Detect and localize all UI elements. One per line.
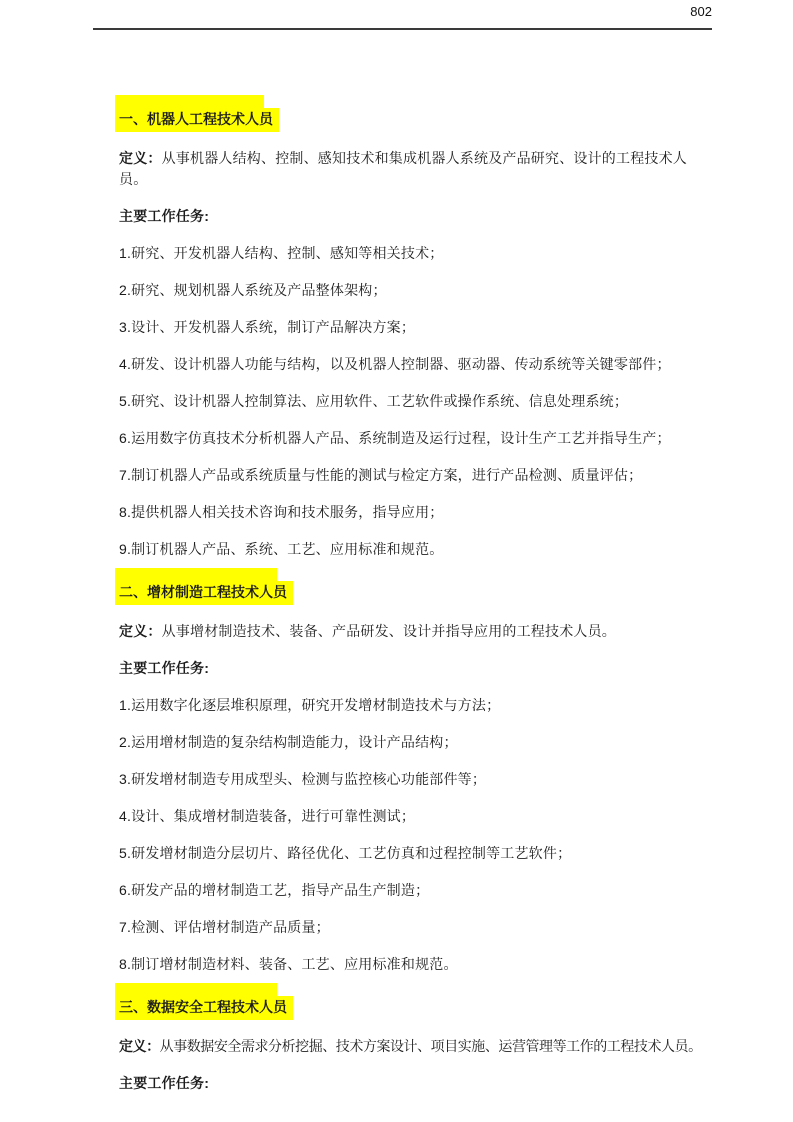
document-content: 一、机器人工程技术人员 定义：从事机器人结构、控制、感知技术和集成机器人系统及产… — [119, 0, 713, 1110]
tasks-label: 主要工作任务: — [119, 658, 713, 679]
task-item: 8.提供机器人相关技术咨询和技术服务，指导应用； — [119, 502, 713, 523]
section-title: 一、机器人工程技术人员 — [115, 108, 279, 132]
definition-label: 定义： — [119, 1038, 160, 1054]
definition-label: 定义： — [119, 150, 162, 166]
task-item: 4.研发、设计机器人功能与结构，以及机器人控制器、驱动器、传动系统等关键零部件； — [119, 354, 713, 375]
task-item: 1.运用数字化逐层堆积原理，研究开发增材制造技术与方法； — [119, 695, 713, 716]
task-item: 3.设计、开发机器人系统，制订产品解决方案； — [119, 317, 713, 338]
task-item: 2.运用增材制造的复杂结构制造能力，设计产品结构； — [119, 732, 713, 753]
section-heading-additive-manufacturing-engineer: 二、增材制造工程技术人员 — [119, 576, 293, 605]
task-item: 1.研究、开发机器人结构、控制、感知等相关技术； — [119, 243, 713, 264]
definition-paragraph: 定义：从事机器人结构、控制、感知技术和集成机器人系统及产品研究、设计的工程技术人… — [119, 148, 713, 190]
task-item: 6.运用数字仿真技术分析机器人产品、系统制造及运行过程，设计生产工艺并指导生产； — [119, 428, 713, 449]
definition-text: 从事数据安全需求分析挖掘、技术方案设计、项目实施、运营管理等工作的工程技术人员。 — [160, 1038, 702, 1054]
task-item: 9.制订机器人产品、系统、工艺、应用标准和规范。 — [119, 539, 713, 560]
task-item: 5.研发增材制造分层切片、路径优化、工艺仿真和过程控制等工艺软件； — [119, 843, 713, 864]
task-item: 5.研究、设计机器人控制算法、应用软件、工艺软件或操作系统、信息处理系统； — [119, 391, 713, 412]
task-item: 4.设计、集成增材制造装备，进行可靠性测试； — [119, 806, 713, 827]
task-item: 3.研发增材制造专用成型头、检测与监控核心功能部件等； — [119, 769, 713, 790]
document-page: 802 一、机器人工程技术人员 定义：从事机器人结构、控制、感知技术和集成机器人… — [0, 0, 793, 1122]
highlight-strip — [115, 568, 277, 581]
tasks-label: 主要工作任务: — [119, 1073, 713, 1094]
highlight-strip — [115, 95, 264, 108]
tasks-label: 主要工作任务: — [119, 206, 713, 227]
task-item: 7.检测、评估增材制造产品质量； — [119, 917, 713, 938]
task-item: 2.研究、规划机器人系统及产品整体架构； — [119, 280, 713, 301]
task-item: 7.制订机器人产品或系统质量与性能的测试与检定方案，进行产品检测、质量评估； — [119, 465, 713, 486]
highlight-strip — [115, 983, 277, 996]
task-item: 6.研发产品的增材制造工艺，指导产品生产制造； — [119, 880, 713, 901]
definition-text: 从事增材制造技术、装备、产品研发、设计并指导应用的工程技术人员。 — [162, 623, 616, 639]
section-heading-robot-engineer: 一、机器人工程技术人员 — [119, 103, 279, 132]
section-title: 三、数据安全工程技术人员 — [115, 996, 293, 1020]
section-title: 二、增材制造工程技术人员 — [115, 581, 293, 605]
definition-label: 定义： — [119, 623, 162, 639]
task-item: 8.制订增材制造材料、装备、工艺、应用标准和规范。 — [119, 954, 713, 975]
definition-paragraph: 定义：从事增材制造技术、装备、产品研发、设计并指导应用的工程技术人员。 — [119, 621, 713, 642]
section-heading-data-security-engineer: 三、数据安全工程技术人员 — [119, 991, 293, 1020]
definition-text: 从事机器人结构、控制、感知技术和集成机器人系统及产品研究、设计的工程技术人员。 — [119, 150, 687, 187]
definition-paragraph: 定义：从事数据安全需求分析挖掘、技术方案设计、项目实施、运营管理等工作的工程技术… — [119, 1036, 713, 1057]
